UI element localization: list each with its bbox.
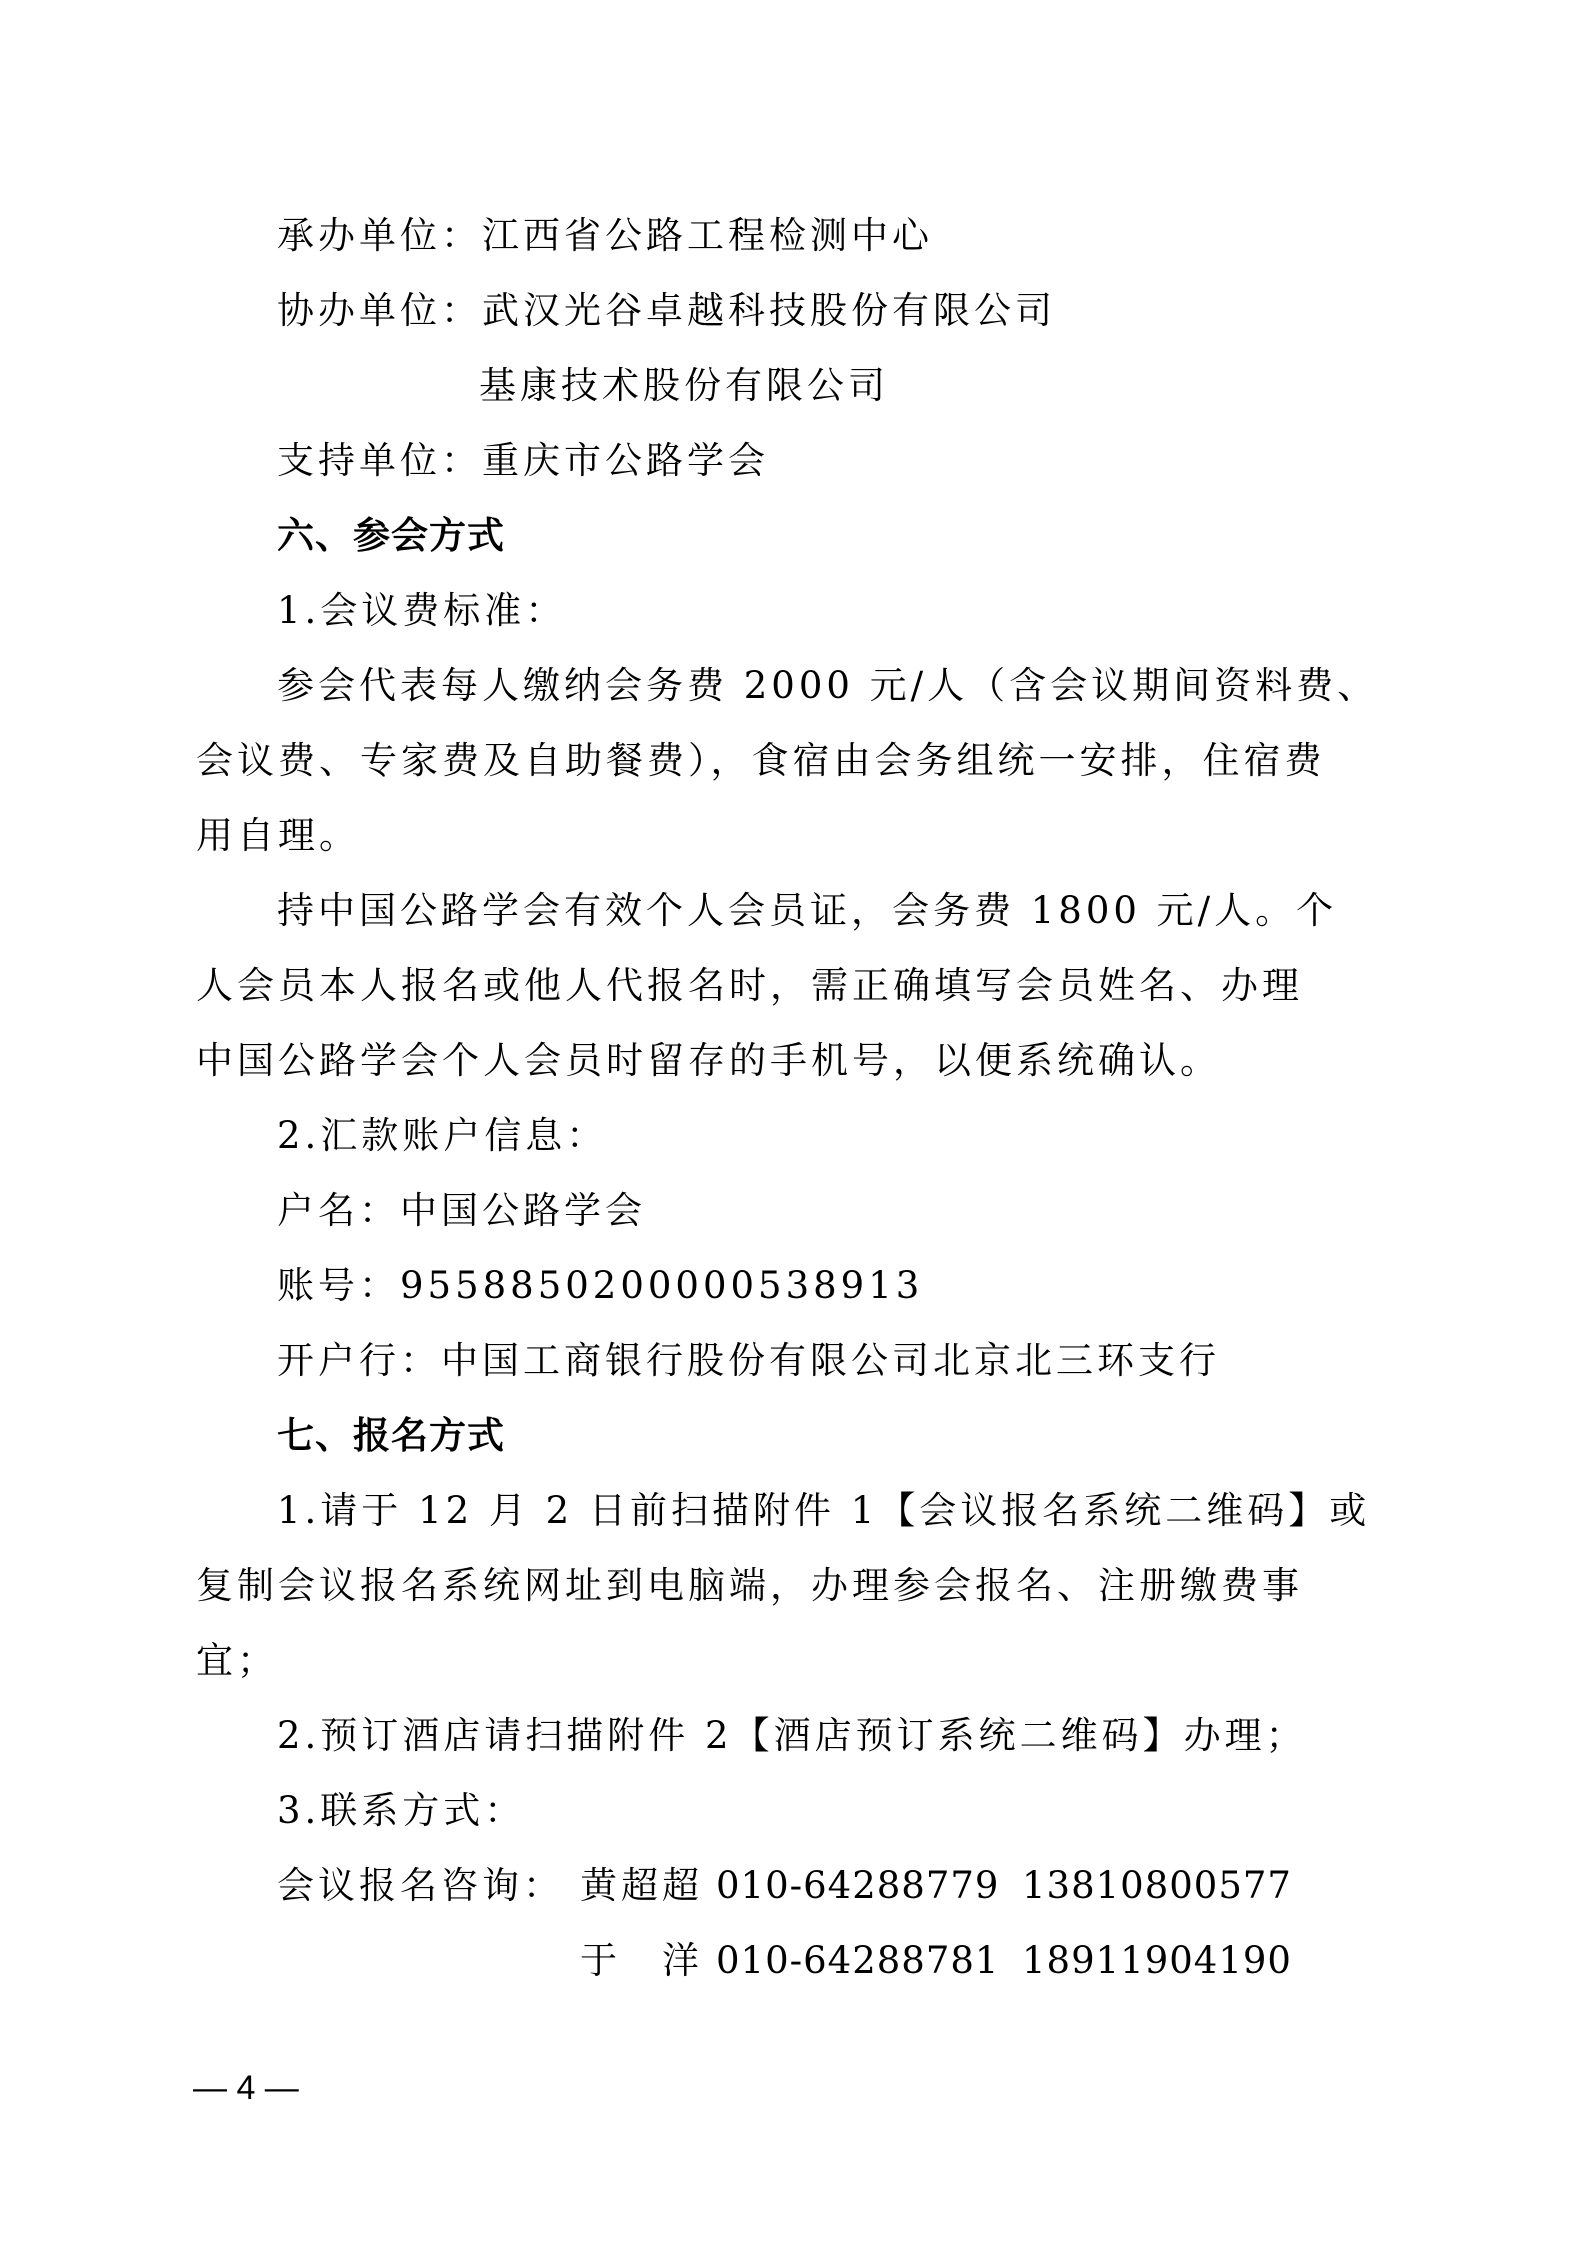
contact-name: 于 洋 (580, 1939, 703, 1983)
reg-item1-1: 1.请于 12 月 2 日前扫描附件 1【会议报名系统二维码】或 (277, 1489, 1370, 1533)
reg-item1-2: 复制会议报名系统网址到电脑端，办理参会报名、注册缴费事 (196, 1564, 1303, 1608)
host-unit-line: 承办单位：江西省公路工程检测中心 (277, 214, 933, 258)
fee-para-1: 参会代表每人缴纳会务费 2000 元/人（含会议期间资料费、 (277, 664, 1378, 708)
member-para-2: 人会员本人报名或他人代报名时，需正确填写会员姓名、办理 (196, 964, 1303, 1008)
account-number: 账号：9558850200000538913 (277, 1264, 923, 1308)
page-number: — 4 — (193, 2066, 299, 2110)
contact-label: 会议报名咨询： (277, 1864, 564, 1907)
section6-heading: 六、参会方式 (277, 514, 505, 558)
reg-item3: 3.联系方式： (277, 1789, 525, 1833)
co-unit-line-2: 基康技术股份有限公司 (479, 364, 889, 408)
support-unit-line: 支持单位：重庆市公路学会 (277, 439, 769, 483)
fee-para-2: 会议费、专家费及自助餐费），食宿由会务组统一安排，住宿费 (196, 739, 1326, 783)
member-para-1: 持中国公路学会有效个人会员证，会务费 1800 元/人。个 (277, 889, 1337, 933)
fee-title: 1.会议费标准： (277, 589, 566, 633)
contact-phone: 010-64288781 (716, 1939, 999, 1983)
account-name: 户名：中国公路学会 (277, 1189, 646, 1233)
contact-mobile: 18911904190 (1022, 1939, 1292, 1983)
account-title: 2.汇款账户信息： (277, 1114, 607, 1158)
reg-item1-3: 宜； (196, 1639, 278, 1683)
contact-name: 黄超超 (580, 1864, 703, 1908)
contact-row-1: 会议报名咨询： 黄超超 010-64288779 13810800577 (277, 1864, 1377, 1908)
co-unit-line: 协办单位：武汉光谷卓越科技股份有限公司 (277, 289, 1056, 333)
member-para-3: 中国公路学会个人会员时留存的手机号，以便系统确认。 (196, 1039, 1221, 1083)
contact-mobile: 13810800577 (1022, 1864, 1292, 1908)
reg-item2: 2.预订酒店请扫描附件 2【酒店预订系统二维码】办理； (277, 1714, 1307, 1758)
section7-heading: 七、报名方式 (277, 1414, 505, 1458)
bank-name: 开户行：中国工商银行股份有限公司北京北三环支行 (277, 1339, 1220, 1383)
contact-phone: 010-64288779 (716, 1864, 999, 1908)
fee-para-3: 用自理。 (196, 814, 360, 858)
